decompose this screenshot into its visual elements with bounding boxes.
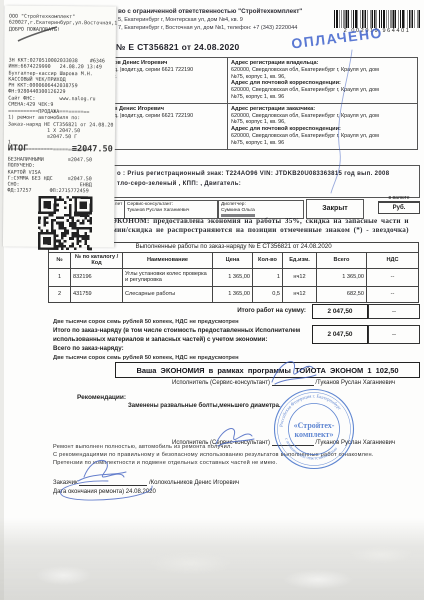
repair-end-date: Дата окончания ремонта) 24.08.2020 bbox=[53, 489, 156, 495]
owner-name: ов Денис Игоревич bbox=[114, 60, 224, 67]
scan-bottom-texture bbox=[0, 518, 424, 600]
currency-box: в валюте Руб. bbox=[378, 195, 420, 214]
customer-addr-reg-label: Адрес регистрации заказчика: bbox=[231, 106, 414, 113]
scanned-work-order-page: во с ограниченной ответственностью "Стро… bbox=[0, 0, 424, 600]
receipt-total-row: ИТОГ ≡2047.50 bbox=[8, 146, 113, 153]
grand-total-label: Всего по заказ-наряду: bbox=[53, 345, 124, 352]
customer-addr-reg: 620000, Свердловская обл, Екатеринбург г… bbox=[231, 113, 414, 127]
amount-words-1: Две тысячи сорок семь рублей 50 копеек, … bbox=[53, 319, 239, 325]
stamp-center-line2: комплект» bbox=[295, 430, 334, 439]
currency-label: в валюте bbox=[378, 195, 420, 202]
company-name-line: во с ограниченной ответственностью "Стро… bbox=[118, 8, 302, 15]
round-stamp: Российская Федерация г. Екатеринбург с о… bbox=[272, 387, 357, 472]
executor-label: Исполнитель (Сервис-консультант) bbox=[172, 380, 270, 386]
receipt-total-label: ИТОГ bbox=[8, 146, 29, 152]
dispatcher-name: Сумкина Ольга bbox=[221, 208, 301, 214]
currency-value: Руб. bbox=[378, 202, 420, 214]
works-total-value: 2 047,50 bbox=[312, 304, 368, 319]
customer-label: Заказчик bbox=[53, 480, 78, 486]
qr-code bbox=[35, 196, 95, 251]
customer-row: в Денис Игоревич д. |водит.уд. серии 662… bbox=[111, 103, 418, 149]
stamp-center-line1: «Стройтех- bbox=[294, 421, 335, 430]
recommendations-label: Рекомендации: bbox=[77, 394, 126, 401]
customer-doc: д. |водит.уд. серии 6621 722190 bbox=[114, 113, 224, 120]
works-table: Выполненные работы по заказ-наряду № Е С… bbox=[48, 242, 419, 303]
receipt-total-value: ≡2047.50 bbox=[72, 146, 113, 153]
order-number: № Е СТ356821 от 24.08.2020 bbox=[116, 42, 240, 52]
col-name: Наименование bbox=[123, 252, 213, 268]
col-num: № bbox=[49, 252, 71, 268]
col-vat: НДС bbox=[367, 252, 419, 268]
parties-table: ов Денис Игоревич д. |водит.уд. серии 66… bbox=[110, 57, 418, 150]
amount-words-2: Две тысячи сорок семь рублей 50 копеек, … bbox=[53, 355, 239, 361]
signature-underline bbox=[79, 479, 147, 486]
vehicle-line2: тло-серо-зеленый , КПП: , Двигатель: bbox=[117, 181, 241, 187]
receipt-info: ЗН ККТ:0270510002033038 #6346 ИНН:667422… bbox=[8, 58, 113, 109]
col-qty: Кол-во bbox=[253, 252, 283, 268]
savings-banner: Ваша ЭКОНОМИЯ в рамках программы ТОЙОТА … bbox=[115, 362, 420, 378]
customer-addr-post: 620000, Свердловская обл, Екатеринбург г… bbox=[231, 133, 414, 147]
vehicle-line1: о : Prius регистрационный знак: Т224АО96… bbox=[117, 171, 389, 177]
table-row: 1 832196 Углы установки колес проверка и… bbox=[49, 268, 419, 286]
customer-signature-line: Заказчик /Колокольников Денис Игоревич bbox=[53, 479, 239, 486]
col-unit: Ед.изм. bbox=[283, 252, 317, 268]
col-price: Цена bbox=[213, 252, 253, 268]
econom-note-line1: ЭКОНОМ: предоставлена экономия на работы… bbox=[112, 217, 420, 225]
owner-row: ов Денис Игоревич д. |водит.уд. серии 66… bbox=[111, 58, 418, 104]
order-total-vat: -- bbox=[368, 325, 420, 344]
executor-name: /Туканов Руслан Хаганиевич bbox=[315, 380, 395, 386]
company-address-line1: 5, Екатеринбург г, Монтерская ул, дом №4… bbox=[118, 17, 243, 23]
consultant-name: Туканов Руслан Хаганиевич bbox=[127, 208, 215, 214]
recommendations-text: Заменены развальные болты,меньшего диаме… bbox=[128, 403, 281, 409]
econom-note-line2: мии/скидка не распространяются на позици… bbox=[112, 226, 420, 234]
order-total-label2: использованных материалов и запасных час… bbox=[53, 336, 267, 343]
works-total-label: Итого работ на сумму: bbox=[48, 307, 306, 314]
col-total: Всего bbox=[317, 252, 367, 268]
works-total-vat: -- bbox=[368, 304, 420, 319]
owner-doc: д. |водит.уд. серии 6621 722190 bbox=[114, 67, 224, 74]
customer-name: /Колокольников Денис Игоревич bbox=[149, 480, 239, 486]
vehicle-info-box: о : Prius регистрационный знак: Т224АО96… bbox=[108, 165, 420, 198]
company-address-line2: 7, Екатеринбург г, Восточная ул, дом №1,… bbox=[118, 25, 297, 31]
qr-code-svg bbox=[35, 196, 95, 251]
receipt-payment-block: БЕЗНАЛИЧНЫМИ ≡2047.50 ПОЛУЧЕНО: КАРТОЙ V… bbox=[7, 157, 112, 196]
signature-underline bbox=[272, 379, 314, 386]
col-code: № по каталогу / Код bbox=[71, 252, 123, 268]
owner-addr-reg: 620000, Свердловская обл, Екатеринбург г… bbox=[231, 67, 414, 81]
owner-addr-post: 620000, Свердловская обл, Екатеринбург г… bbox=[231, 87, 414, 101]
owner-addr-reg-label: Адрес регистрации владельца: bbox=[231, 60, 414, 67]
status-box: Закрыт bbox=[306, 199, 364, 219]
customer-addr-post-label: Адрес для почтовой корреспонденции: bbox=[231, 126, 414, 133]
receipt-header: ООО "Стройтехкомплект" 620027,г.Екатерин… bbox=[9, 14, 114, 34]
cash-receipt: ООО "Стройтехкомплект" 620027,г.Екатерин… bbox=[3, 6, 116, 248]
table-row: 2 431759 Слесарные работы 1 365,00 0,5 н… bbox=[49, 286, 419, 302]
works-table-header-row: № № по каталогу / Код Наименование Цена … bbox=[49, 252, 419, 268]
owner-addr-post-label: Адрес для почтовой корреспонденции: bbox=[231, 80, 414, 87]
order-total-value: 2 047,50 bbox=[312, 325, 368, 344]
order-total-label1: Итого по заказ-наряду (в том числе стоим… bbox=[53, 327, 300, 334]
customer-name: в Денис Игоревич bbox=[114, 106, 224, 113]
executor-signature-line-1: Исполнитель (Сервис-консультант) /Тукано… bbox=[172, 379, 395, 386]
owner-extra: г. bbox=[114, 74, 224, 81]
